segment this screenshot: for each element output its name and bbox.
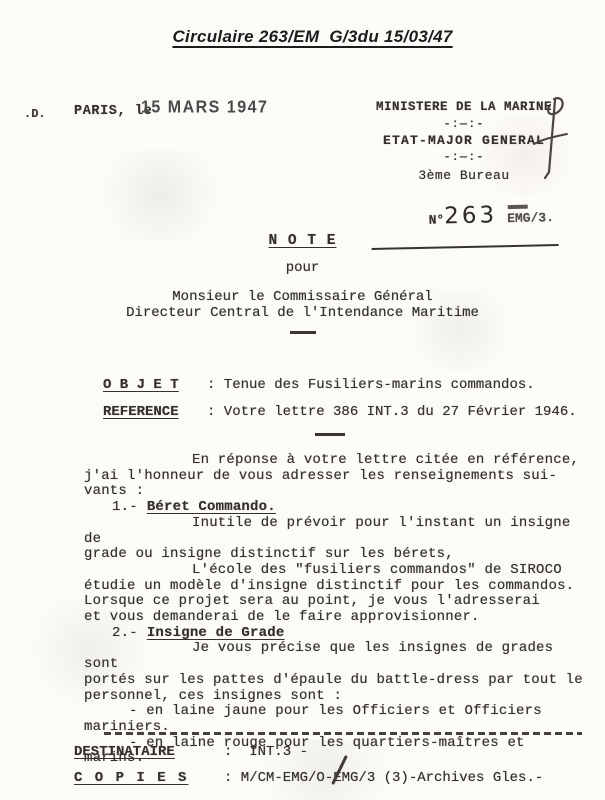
dashed-separator-line <box>104 732 582 735</box>
body-line: portés sur les pattes d'épaule du battle… <box>84 673 596 689</box>
note-pour: pour <box>0 261 605 277</box>
footer-block: DESTINATAIRE: INT.3 - C O P I E S: M/CM-… <box>74 732 590 786</box>
addressee-line-1: Monsieur le Commissaire Général <box>0 290 605 306</box>
reference-number-prefix: N° <box>428 212 444 227</box>
destinataire-label: DESTINATAIRE <box>74 744 224 760</box>
body-line: j'ai l'honneur de vous adresser les rens… <box>84 469 596 485</box>
origin-mark: .D. <box>24 107 46 121</box>
copies-text: : M/CM-EMG/O-EMG/3 (3)-Archives Gles.- <box>224 770 543 786</box>
reference-number-digits: 263 <box>443 202 496 229</box>
body-line: - en laine jaune pour les Officiers et O… <box>84 704 596 720</box>
body-line: Lorsque ce projet sera au point, je vous… <box>84 594 596 610</box>
destinataire-row: DESTINATAIRE: INT.3 - <box>74 744 590 760</box>
addressee-line-2: Directeur Central de l'Intendance Mariti… <box>0 306 605 322</box>
reference-number-suffix: EMG/3. <box>507 210 554 226</box>
note-heading-block: N O T E pour Monsieur le Commissaire Gén… <box>0 234 605 334</box>
objet-text: : Tenue des Fusiliers-marins commandos. <box>207 377 535 393</box>
body-line: grade ou insigne distinctif sur les bére… <box>84 547 596 563</box>
note-heading: N O T E <box>269 233 337 249</box>
scanned-document-page: Circulaire 263/EM G/3du 15/03/47 .D. PAR… <box>0 0 605 800</box>
separator-dash <box>290 331 316 334</box>
body-line: étudie un modèle d'insigne distinctif po… <box>84 579 596 595</box>
pen-flourish-mark <box>524 94 572 180</box>
objet-row: O B J E T: Tenue des Fusiliers-marins co… <box>103 377 577 393</box>
separator-dash <box>315 433 345 436</box>
section-2-number: 2.- <box>112 625 138 641</box>
section-1-title: Béret Commando. <box>147 499 276 515</box>
section-1-heading: 1.-Béret Commando. <box>84 500 596 516</box>
section-2-title: Insigne de Grade <box>147 625 285 641</box>
body-line: L'école des "fusiliers commandos" de SIR… <box>84 563 596 579</box>
section-1-number: 1.- <box>112 499 138 515</box>
reference-label: REFERENCE <box>103 404 207 420</box>
subject-block: O B J E T: Tenue des Fusiliers-marins co… <box>103 377 577 436</box>
paper-stain <box>90 150 230 240</box>
body-line: et vous demanderai de le faire approvisi… <box>84 610 596 626</box>
document-title-text: Circulaire 263/EM G/3du 15/03/47 <box>172 27 452 46</box>
body-line: vants : <box>84 484 596 500</box>
objet-label: O B J E T <box>103 377 207 393</box>
body-line: Inutile de prévoir pour l'instant un ins… <box>84 516 596 547</box>
reference-row: REFERENCE: Votre lettre 386 INT.3 du 27 … <box>103 404 577 420</box>
document-title: Circulaire 263/EM G/3du 15/03/47 <box>0 7 605 67</box>
body-text: En réponse à votre lettre citée en référ… <box>84 453 596 767</box>
body-line: personnel, ces insignes sont : <box>84 689 596 705</box>
date-stamp: 15 MARS 1947 <box>141 98 268 117</box>
body-line: En réponse à votre lettre citée en référ… <box>84 453 596 469</box>
destinataire-text: : INT.3 - <box>224 744 308 760</box>
body-line: Je vous précise que les insignes de grad… <box>84 641 596 672</box>
copies-label: C O P I E S <box>74 770 224 786</box>
reference-text: : Votre lettre 386 INT.3 du 27 Février 1… <box>207 404 577 420</box>
